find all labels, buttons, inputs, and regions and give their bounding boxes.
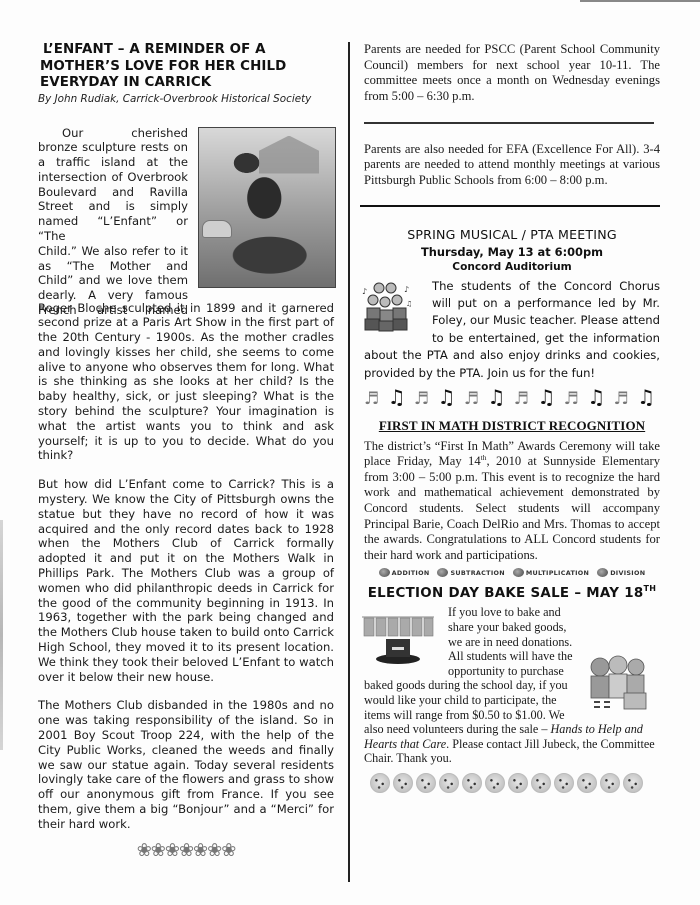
math-description: The district’s “First In Math” Awards Ce… [364,439,660,564]
cookie-icon [370,773,390,793]
pscc-notice: Parents are needed for PSCC (Parent Scho… [364,42,660,104]
svg-text:♪: ♪ [404,285,409,294]
scan-edge [0,520,3,750]
section-title: FIRST IN MATH DISTRICT RECOGNITION [364,418,660,434]
kids-baking-icon [586,653,650,715]
article-paragraph: But how did L’Enfant come to Carrick? Th… [38,477,334,684]
section-title: ELECTION DAY BAKE SALE – MAY 18TH [364,586,660,601]
first-in-math-section: FIRST IN MATH DISTRICT RECOGNITION The d… [364,418,660,577]
ballot-box-banner-icon [358,613,438,665]
article-headline: L’ENFANT – A REMINDER OF A MOTHER’S LOVE… [38,42,334,92]
cookie-divider-icon [364,773,660,793]
division-icon [597,568,608,577]
svg-text:♫: ♫ [406,300,412,308]
chorus-singers-icon: ♪♪♫ [360,280,414,332]
multiplication-icon [513,568,524,577]
article-paragraph: The Mothers Club disbanded in the 1980s … [38,698,334,831]
cookie-icon [462,773,482,793]
section-title: SPRING MUSICAL / PTA MEETING [364,227,660,242]
music-notes-divider-icon: ♬ ♫ ♬ ♫ ♬ ♫ ♬ ♫ ♬ ♫ ♬ ♫ [364,385,660,409]
bake-sale-section: ELECTION DAY BAKE SALE – MAY 18TH [364,586,660,793]
addition-icon [379,568,390,577]
cookie-icon [485,773,505,793]
math-operations-row: ADDITION SUBTRACTION MULTIPLICATION DIVI… [364,568,660,577]
scan-edge [580,0,700,2]
event-date: Thursday, May 13 at 6:00pm [364,245,660,259]
cookie-icon [508,773,528,793]
operation-addition: ADDITION [379,568,430,577]
right-column: Parents are needed for PSCC (Parent Scho… [364,42,660,793]
divider-line [364,122,654,124]
flower-divider-icon: ❀❀❀❀❀❀❀ [38,840,334,861]
article-byline: By John Rudiak, Carrick-Overbrook Histor… [38,92,334,106]
divider-line [360,205,660,207]
efa-notice: Parents are also needed for EFA (Excelle… [364,142,660,189]
cookie-icon [577,773,597,793]
svg-text:♪: ♪ [362,287,367,296]
sculpture-photo [198,127,336,288]
intro-text: Our cherished bronze sculpture rests on … [38,126,188,318]
cookie-icon [554,773,574,793]
chorus-block: ♪♪♫ The students of the Concord Chorus w… [364,278,660,382]
article-paragraph: Roger Bloche sculpted it in 1899 and it … [38,301,334,464]
cookie-icon [531,773,551,793]
spring-musical-section: SPRING MUSICAL / PTA MEETING Thursday, M… [364,227,660,409]
intro-block: Our cherished bronze sculpture rests on … [38,126,334,301]
column-divider [348,42,350,882]
operation-multiplication: MULTIPLICATION [513,568,589,577]
lenfant-article: L’ENFANT – A REMINDER OF A MOTHER’S LOVE… [38,42,334,861]
cookie-icon [439,773,459,793]
cookie-icon [416,773,436,793]
subtraction-icon [437,568,448,577]
event-location: Concord Auditorium [364,261,660,273]
newsletter-page: L’ENFANT – A REMINDER OF A MOTHER’S LOVE… [0,0,700,905]
operation-division: DIVISION [597,568,645,577]
cookie-icon [600,773,620,793]
cookie-icon [623,773,643,793]
bake-sale-body: If you love to bake and share your baked… [364,605,660,766]
operation-subtraction: SUBTRACTION [437,568,504,577]
cookie-icon [393,773,413,793]
